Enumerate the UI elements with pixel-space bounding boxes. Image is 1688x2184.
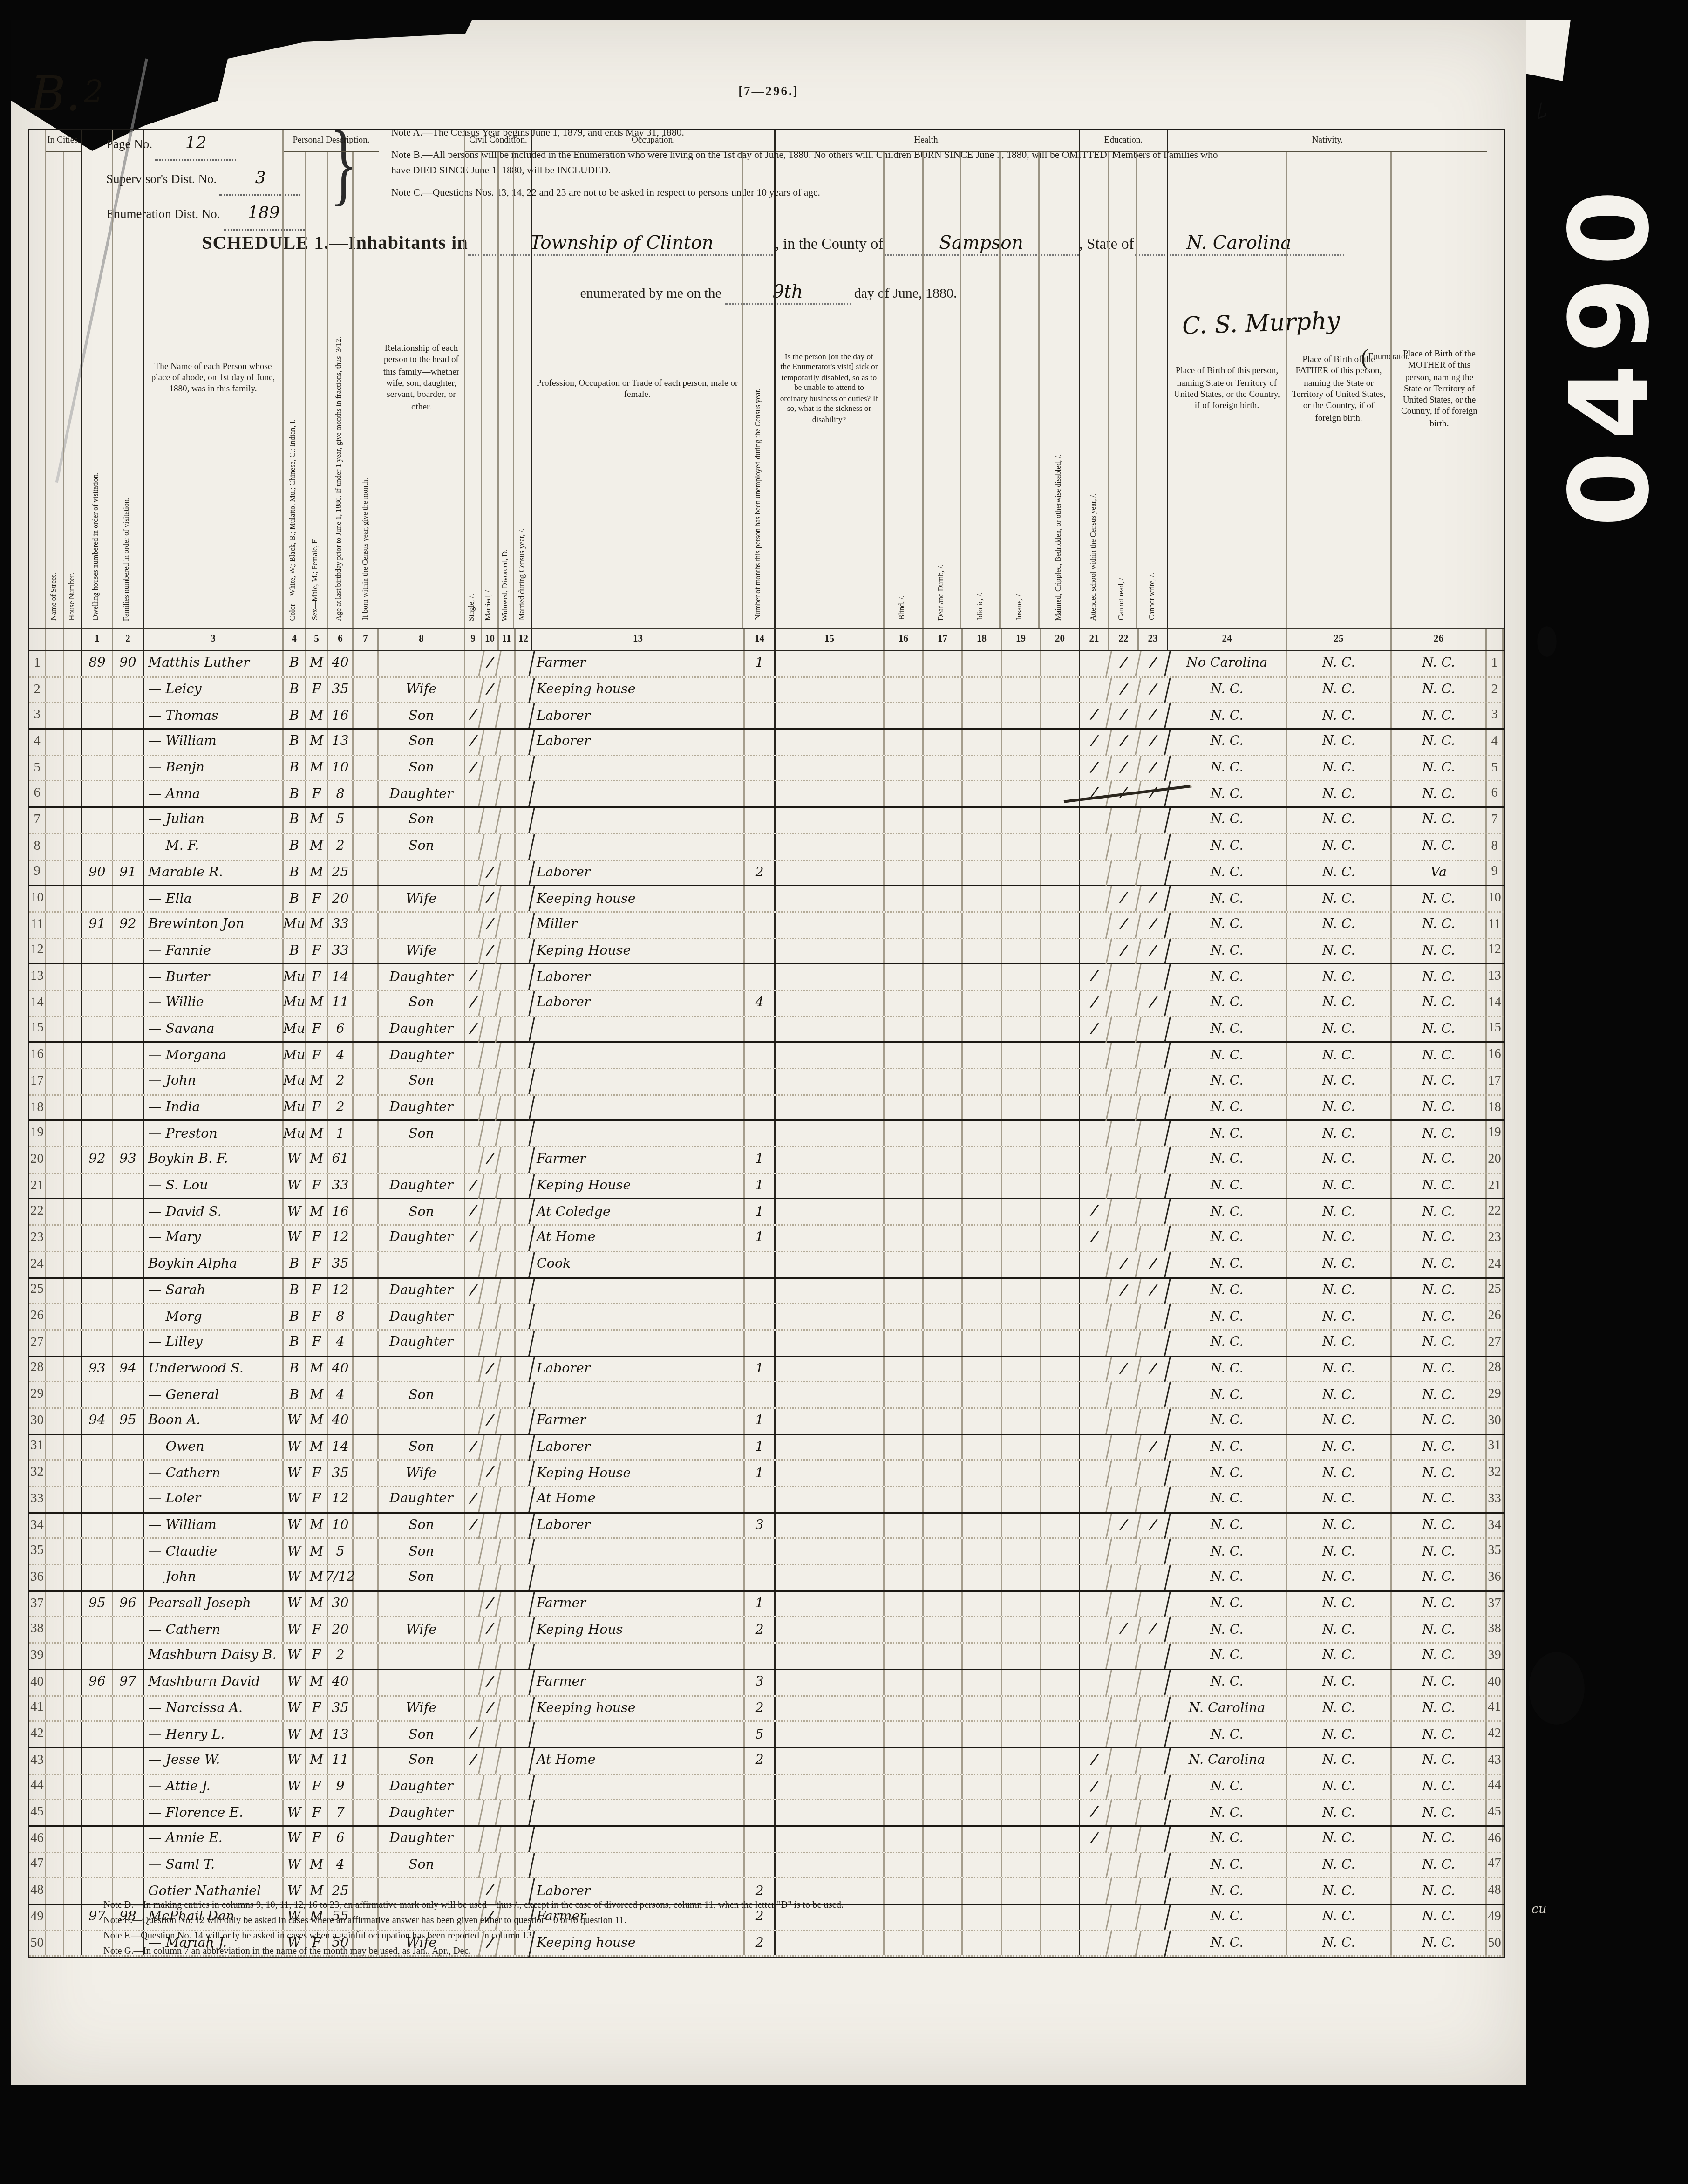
cell-person-name: Boykin B. F. bbox=[144, 1147, 284, 1172]
cell-cannot-write-mark bbox=[1136, 1487, 1171, 1512]
cell-house-number bbox=[64, 703, 82, 728]
cell-sickness bbox=[776, 1357, 885, 1381]
cell-months-unemployed: 1 bbox=[745, 1435, 776, 1460]
cell-maimed bbox=[1041, 1200, 1080, 1224]
cell-birth-month bbox=[354, 1539, 379, 1564]
cell-deaf-dumb bbox=[924, 1487, 963, 1512]
cell-relationship: Son bbox=[379, 1069, 465, 1094]
cell-street-name bbox=[46, 1226, 64, 1250]
cell-age: 7/12 bbox=[328, 1565, 354, 1590]
cell-family-number bbox=[113, 1435, 144, 1460]
cell-dwelling-number bbox=[82, 1043, 113, 1068]
column-number: 25 bbox=[1287, 629, 1392, 650]
cell-married-in-year-mark bbox=[513, 1853, 535, 1877]
cell-sickness bbox=[776, 1801, 885, 1825]
cell-age: 9 bbox=[328, 1774, 354, 1799]
cell-married-in-year-mark bbox=[513, 1827, 535, 1851]
row-number-left: 45 bbox=[29, 1801, 46, 1825]
cell-person-name: — Willie bbox=[144, 991, 284, 1016]
cell-family-number bbox=[113, 1043, 144, 1068]
cell-occupation: Laborer bbox=[532, 1357, 745, 1381]
cell-street-name bbox=[46, 1827, 64, 1851]
cell-street-name bbox=[46, 1147, 64, 1172]
cell-street-name bbox=[46, 651, 64, 676]
cell-cannot-read-mark bbox=[1107, 1147, 1141, 1172]
cell-sickness bbox=[776, 1774, 885, 1799]
cell-occupation: At Home bbox=[532, 1487, 745, 1512]
cell-months-unemployed: 1 bbox=[745, 1147, 776, 1172]
row-number-left: 31 bbox=[29, 1435, 46, 1460]
cell-birth-month bbox=[354, 782, 379, 806]
cell-dwelling-number bbox=[82, 1304, 113, 1329]
cell-maimed bbox=[1041, 808, 1080, 833]
cell-birthplace: N. C. bbox=[1168, 1331, 1287, 1355]
cell-maimed bbox=[1041, 1174, 1080, 1198]
row-number-right: 46 bbox=[1487, 1827, 1504, 1851]
cell-deaf-dumb bbox=[924, 1644, 963, 1668]
cell-age: 40 bbox=[328, 1670, 354, 1694]
cell-blind bbox=[885, 1383, 924, 1407]
cell-maimed bbox=[1041, 1461, 1080, 1486]
cell-father-birthplace: N. C. bbox=[1287, 1591, 1392, 1616]
cell-house-number bbox=[64, 808, 82, 833]
cell-occupation: Laborer bbox=[532, 991, 745, 1016]
cell-father-birthplace: N. C. bbox=[1287, 965, 1392, 990]
column-number: 14 bbox=[745, 629, 776, 650]
cell-insane bbox=[1002, 1722, 1041, 1747]
cell-sickness bbox=[776, 1304, 885, 1329]
cell-age: 4 bbox=[328, 1043, 354, 1068]
cell-cannot-read-mark bbox=[1107, 1461, 1141, 1486]
cell-sex: M bbox=[306, 1200, 328, 1224]
census-row: 12— FannieBF33Wife/Keping House//N. C.N.… bbox=[29, 939, 1504, 965]
row-number-right: 35 bbox=[1487, 1539, 1504, 1564]
cell-birth-month bbox=[354, 1252, 379, 1276]
cell-sickness bbox=[776, 965, 885, 990]
cell-house-number bbox=[64, 1174, 82, 1198]
cell-attended-school-mark bbox=[1077, 1147, 1112, 1172]
cell-father-birthplace: N. C. bbox=[1287, 1278, 1392, 1303]
cell-cannot-write-mark: / bbox=[1136, 1278, 1171, 1303]
row-number-right: 39 bbox=[1487, 1644, 1504, 1668]
cell-married-in-year-mark bbox=[513, 1331, 535, 1355]
cell-deaf-dumb bbox=[924, 1017, 963, 1042]
cell-birthplace: N. Carolina bbox=[1168, 1696, 1287, 1721]
cell-mother-birthplace: Va bbox=[1392, 860, 1487, 885]
column-number: 15 bbox=[776, 629, 885, 650]
cell-birth-month bbox=[354, 1331, 379, 1355]
census-row: 18990Matthis LutherBM40/Farmer1//No Caro… bbox=[29, 651, 1504, 677]
cell-street-name bbox=[46, 1853, 64, 1877]
cell-birth-month bbox=[354, 1644, 379, 1668]
cell-married-in-year-mark bbox=[513, 1644, 535, 1668]
cell-house-number bbox=[64, 1774, 82, 1799]
cell-widowed-mark bbox=[499, 834, 516, 859]
column-number: 13 bbox=[532, 629, 745, 650]
cell-married-in-year-mark bbox=[513, 677, 535, 702]
cell-father-birthplace: N. C. bbox=[1287, 1069, 1392, 1094]
cell-birth-month bbox=[354, 1748, 379, 1773]
cell-sickness bbox=[776, 1827, 885, 1851]
row-number-left: 16 bbox=[29, 1043, 46, 1068]
cell-birthplace: N. C. bbox=[1168, 1357, 1287, 1381]
cell-idiotic bbox=[963, 1591, 1002, 1616]
cell-widowed-mark bbox=[499, 1644, 516, 1668]
cell-mother-birthplace: N. C. bbox=[1392, 1069, 1487, 1094]
cell-birthplace: N. C. bbox=[1168, 1827, 1287, 1851]
row-number-left: 34 bbox=[29, 1513, 46, 1538]
cell-family-number bbox=[113, 1722, 144, 1747]
cell-occupation: Keeping house bbox=[532, 677, 745, 702]
census-row: 10— EllaBF20Wife/Keeping house//N. C.N. … bbox=[29, 887, 1504, 913]
cell-blind bbox=[885, 1121, 924, 1146]
cell-family-number bbox=[113, 1644, 144, 1668]
cell-father-birthplace: N. C. bbox=[1287, 1670, 1392, 1694]
cell-birth-month bbox=[354, 1827, 379, 1851]
cell-sex: F bbox=[306, 1304, 328, 1329]
cell-cannot-write-mark: / bbox=[1136, 939, 1171, 963]
row-number-left: 43 bbox=[29, 1748, 46, 1773]
cell-married-in-year-mark bbox=[513, 1801, 535, 1825]
census-row: 18— IndiaMuF2DaughterN. C.N. C.N. C.18 bbox=[29, 1095, 1504, 1121]
cell-color: W bbox=[284, 1801, 306, 1825]
cell-deaf-dumb bbox=[924, 1435, 963, 1460]
cell-sickness bbox=[776, 1513, 885, 1538]
cell-months-unemployed: 1 bbox=[745, 1226, 776, 1250]
row-number-left: 22 bbox=[29, 1200, 46, 1224]
col-11-header: Widowed, Divorced, D. bbox=[498, 152, 515, 628]
cell-attended-school-mark: / bbox=[1077, 991, 1112, 1016]
cell-occupation bbox=[532, 1539, 745, 1564]
cell-insane bbox=[1002, 1147, 1041, 1172]
cell-blind bbox=[885, 1461, 924, 1486]
cell-street-name bbox=[46, 1801, 64, 1825]
row-number-right: 27 bbox=[1487, 1331, 1504, 1355]
cell-house-number bbox=[64, 1069, 82, 1094]
cell-color: W bbox=[284, 1618, 306, 1642]
cell-cannot-write-mark: / bbox=[1136, 887, 1171, 911]
cell-birthplace: N. C. bbox=[1168, 939, 1287, 963]
cell-months-unemployed bbox=[745, 834, 776, 859]
row-number-left: 13 bbox=[29, 965, 46, 990]
cell-family-number bbox=[113, 677, 144, 702]
cell-maimed bbox=[1041, 965, 1080, 990]
cell-blind bbox=[885, 756, 924, 780]
cell-birthplace: N. C. bbox=[1168, 1304, 1287, 1329]
cell-relationship: Daughter bbox=[379, 782, 465, 806]
cell-birthplace: N. C. bbox=[1168, 1774, 1287, 1799]
cell-dwelling-number bbox=[82, 1696, 113, 1721]
cell-occupation: Laborer bbox=[532, 1435, 745, 1460]
cell-dwelling-number bbox=[82, 887, 113, 911]
cell-street-name bbox=[46, 1748, 64, 1773]
cell-insane bbox=[1002, 1200, 1041, 1224]
row-number-left: 42 bbox=[29, 1722, 46, 1747]
cell-widowed-mark bbox=[499, 1095, 516, 1120]
in-cities-label: In Cities. bbox=[46, 130, 81, 152]
cell-age: 40 bbox=[328, 1409, 354, 1433]
cell-blind bbox=[885, 1722, 924, 1747]
cell-idiotic bbox=[963, 703, 1002, 728]
cell-blind bbox=[885, 1226, 924, 1250]
corner-handwriting-mark: 7 bbox=[1531, 96, 1551, 122]
cell-family-number bbox=[113, 1174, 144, 1198]
cell-married-in-year-mark bbox=[513, 913, 535, 937]
row-number-left: 8 bbox=[29, 834, 46, 859]
cell-deaf-dumb bbox=[924, 1748, 963, 1773]
cell-relationship: Wife bbox=[379, 887, 465, 911]
row-number-right: 1 bbox=[1487, 651, 1504, 676]
cell-occupation bbox=[532, 1853, 745, 1877]
cell-dwelling-number bbox=[82, 1461, 113, 1486]
cell-father-birthplace: N. C. bbox=[1287, 756, 1392, 780]
cell-family-number: 93 bbox=[113, 1147, 144, 1172]
cell-mother-birthplace: N. C. bbox=[1392, 1409, 1487, 1433]
cell-occupation: Farmer bbox=[532, 1670, 745, 1694]
cell-cannot-read-mark bbox=[1107, 1722, 1141, 1747]
row-number-left: 48 bbox=[29, 1879, 46, 1904]
cell-color: B bbox=[284, 834, 306, 859]
cell-house-number bbox=[64, 834, 82, 859]
cell-maimed bbox=[1041, 1226, 1080, 1250]
cell-sex: F bbox=[306, 887, 328, 911]
note-f: Note F.—Question No. 14 will only be ask… bbox=[103, 1929, 1417, 1944]
cell-sickness bbox=[776, 1487, 885, 1512]
cell-attended-school-mark bbox=[1077, 1435, 1112, 1460]
cell-sex: F bbox=[306, 1095, 328, 1120]
cell-age: 2 bbox=[328, 834, 354, 859]
cell-deaf-dumb bbox=[924, 1278, 963, 1303]
cell-street-name bbox=[46, 1487, 64, 1512]
cell-cannot-write-mark: / bbox=[1136, 730, 1171, 754]
cell-birth-month bbox=[354, 1121, 379, 1146]
cell-street-name bbox=[46, 1200, 64, 1224]
cell-relationship: Wife bbox=[379, 939, 465, 963]
cell-birth-month bbox=[354, 860, 379, 885]
row-number-left: 9 bbox=[29, 860, 46, 885]
cell-house-number bbox=[64, 1696, 82, 1721]
census-row: 209293Boykin B. F.WM61/Farmer1N. C.N. C.… bbox=[29, 1147, 1504, 1174]
row-number-left: 11 bbox=[29, 913, 46, 937]
cell-insane bbox=[1002, 1304, 1041, 1329]
cell-relationship: Son bbox=[379, 756, 465, 780]
column-number: 5 bbox=[306, 629, 328, 650]
cell-married-in-year-mark bbox=[513, 1461, 535, 1486]
cell-family-number bbox=[113, 939, 144, 963]
census-sheet: B. 2 [7—296.] Page No. 12 Supervisor's D… bbox=[11, 20, 1526, 2085]
cell-family-number bbox=[113, 703, 144, 728]
cell-street-name bbox=[46, 834, 64, 859]
cell-widowed-mark bbox=[499, 913, 516, 937]
cell-idiotic bbox=[963, 1722, 1002, 1747]
cell-dwelling-number bbox=[82, 1722, 113, 1747]
cell-dwelling-number bbox=[82, 703, 113, 728]
cell-house-number bbox=[64, 1357, 82, 1381]
cell-street-name bbox=[46, 939, 64, 963]
cell-sex: F bbox=[306, 1801, 328, 1825]
cell-street-name bbox=[46, 1591, 64, 1616]
cell-widowed-mark bbox=[499, 1252, 516, 1276]
cell-deaf-dumb bbox=[924, 1513, 963, 1538]
cell-house-number bbox=[64, 1722, 82, 1747]
cell-relationship: Son bbox=[379, 1121, 465, 1146]
census-row: 14— WillieMuM11Son/Laborer4//N. C.N. C.N… bbox=[29, 991, 1504, 1017]
cell-attended-school-mark bbox=[1077, 1461, 1112, 1486]
cell-sickness bbox=[776, 703, 885, 728]
cell-maimed bbox=[1041, 1383, 1080, 1407]
cell-cannot-read-mark bbox=[1107, 1748, 1141, 1773]
cell-maimed bbox=[1041, 1618, 1080, 1642]
cell-attended-school-mark bbox=[1077, 1618, 1112, 1642]
cell-birth-month bbox=[354, 1200, 379, 1224]
census-row: 13— BurterMuF14Daughter/Laborer/N. C.N. … bbox=[29, 965, 1504, 991]
cell-married-in-year-mark bbox=[513, 1435, 535, 1460]
cell-age: 16 bbox=[328, 703, 354, 728]
cell-dwelling-number bbox=[82, 1278, 113, 1303]
cell-dwelling-number bbox=[82, 1435, 113, 1460]
cell-birthplace: N. C. bbox=[1168, 991, 1287, 1016]
cell-months-unemployed bbox=[745, 756, 776, 780]
cell-cannot-read-mark: / bbox=[1107, 939, 1141, 963]
census-row: 31— OwenWM14Son/Laborer1/N. C.N. C.N. C.… bbox=[29, 1435, 1504, 1461]
cell-house-number bbox=[64, 1435, 82, 1460]
cell-age: 13 bbox=[328, 730, 354, 754]
cell-sickness bbox=[776, 1435, 885, 1460]
cell-cannot-read-mark bbox=[1107, 1591, 1141, 1616]
cell-insane bbox=[1002, 1357, 1041, 1381]
col-2-header: Families numbered in order of visitation… bbox=[113, 130, 144, 628]
cell-cannot-read-mark bbox=[1107, 1565, 1141, 1590]
census-row: 42— Henry L.WM13Son/5N. C.N. C.N. C.42 bbox=[29, 1722, 1504, 1748]
cell-deaf-dumb bbox=[924, 677, 963, 702]
row-number-left: 12 bbox=[29, 939, 46, 963]
cell-occupation: Cook bbox=[532, 1252, 745, 1276]
cell-attended-school-mark bbox=[1077, 1357, 1112, 1381]
cell-family-number bbox=[113, 1696, 144, 1721]
cell-street-name bbox=[46, 991, 64, 1016]
cell-birthplace: N. C. bbox=[1168, 1383, 1287, 1407]
cell-relationship: Daughter bbox=[379, 1278, 465, 1303]
cell-birthplace: N. C. bbox=[1168, 860, 1287, 885]
cell-family-number bbox=[113, 1827, 144, 1851]
cell-deaf-dumb bbox=[924, 1591, 963, 1616]
cell-mother-birthplace: N. C. bbox=[1392, 1304, 1487, 1329]
row-number-right: 14 bbox=[1487, 991, 1504, 1016]
cell-mother-birthplace: N. C. bbox=[1392, 730, 1487, 754]
cell-mother-birthplace: N. C. bbox=[1392, 1565, 1487, 1590]
column-number bbox=[64, 629, 82, 650]
cell-married-in-year-mark bbox=[513, 1618, 535, 1642]
cell-sex: F bbox=[306, 1043, 328, 1068]
cell-blind bbox=[885, 1095, 924, 1120]
cell-father-birthplace: N. C. bbox=[1287, 1383, 1392, 1407]
cell-dwelling-number bbox=[82, 756, 113, 780]
cell-cannot-read-mark: / bbox=[1107, 887, 1141, 911]
cell-dwelling-number bbox=[82, 1539, 113, 1564]
cell-relationship: Wife bbox=[379, 677, 465, 702]
cell-married-in-year-mark bbox=[513, 1200, 535, 1224]
cell-age: 33 bbox=[328, 1174, 354, 1198]
cell-family-number: 96 bbox=[113, 1591, 144, 1616]
cell-father-birthplace: N. C. bbox=[1287, 939, 1392, 963]
cell-widowed-mark bbox=[499, 991, 516, 1016]
cell-occupation bbox=[532, 756, 745, 780]
cell-family-number bbox=[113, 1121, 144, 1146]
cell-family-number bbox=[113, 1278, 144, 1303]
cell-months-unemployed bbox=[745, 1252, 776, 1276]
cell-deaf-dumb bbox=[924, 703, 963, 728]
health-label: Health. bbox=[776, 130, 1079, 152]
cell-cannot-write-mark: / bbox=[1136, 703, 1171, 728]
cell-blind bbox=[885, 1513, 924, 1538]
cell-person-name: — Julian bbox=[144, 808, 284, 833]
cell-married-in-year-mark bbox=[513, 1174, 535, 1198]
cell-idiotic bbox=[963, 860, 1002, 885]
cell-birthplace: N. C. bbox=[1168, 730, 1287, 754]
column-number: 2 bbox=[113, 629, 144, 650]
cell-relationship: Son bbox=[379, 1435, 465, 1460]
cell-birthplace: N. C. bbox=[1168, 1252, 1287, 1276]
cell-blind bbox=[885, 1252, 924, 1276]
cell-occupation bbox=[532, 1278, 745, 1303]
cell-idiotic bbox=[963, 887, 1002, 911]
census-row: 27— LilleyBF4DaughterN. C.N. C.N. C.27 bbox=[29, 1331, 1504, 1357]
cell-family-number bbox=[113, 1565, 144, 1590]
cell-insane bbox=[1002, 1121, 1041, 1146]
cell-house-number bbox=[64, 1383, 82, 1407]
cell-cannot-write-mark: / bbox=[1136, 651, 1171, 676]
cell-occupation bbox=[532, 1644, 745, 1668]
cell-widowed-mark bbox=[499, 1304, 516, 1329]
cell-family-number bbox=[113, 1801, 144, 1825]
cell-father-birthplace: N. C. bbox=[1287, 1226, 1392, 1250]
cell-occupation bbox=[532, 1565, 745, 1590]
cell-sickness bbox=[776, 1226, 885, 1250]
cell-attended-school-mark bbox=[1077, 1513, 1112, 1538]
cell-blind bbox=[885, 834, 924, 859]
cell-cannot-write-mark: / bbox=[1136, 1252, 1171, 1276]
cell-sex: M bbox=[306, 703, 328, 728]
cell-cannot-write-mark bbox=[1136, 1827, 1171, 1851]
cell-relationship: Daughter bbox=[379, 1043, 465, 1068]
cell-father-birthplace: N. C. bbox=[1287, 1513, 1392, 1538]
cell-street-name bbox=[46, 1278, 64, 1303]
in-cities-group: In Cities. Name of Street. House Number. bbox=[46, 130, 82, 628]
cell-person-name: — Anna bbox=[144, 782, 284, 806]
cell-idiotic bbox=[963, 808, 1002, 833]
cell-house-number bbox=[64, 677, 82, 702]
cell-maimed bbox=[1041, 1722, 1080, 1747]
cell-attended-school-mark: / bbox=[1077, 1748, 1112, 1773]
cell-months-unemployed bbox=[745, 913, 776, 937]
cell-widowed-mark bbox=[499, 1670, 516, 1694]
cell-person-name: — Narcissa A. bbox=[144, 1696, 284, 1721]
cell-sex: M bbox=[306, 1670, 328, 1694]
cell-birthplace: N. C. bbox=[1168, 1147, 1287, 1172]
cell-occupation bbox=[532, 1121, 745, 1146]
cell-relationship: Son bbox=[379, 1853, 465, 1877]
cell-father-birthplace: N. C. bbox=[1287, 860, 1392, 885]
cell-family-number bbox=[113, 1304, 144, 1329]
cell-relationship: Daughter bbox=[379, 965, 465, 990]
cell-deaf-dumb bbox=[924, 1121, 963, 1146]
cell-sex: F bbox=[306, 1278, 328, 1303]
cell-father-birthplace: N. C. bbox=[1287, 1095, 1392, 1120]
cell-mother-birthplace: N. C. bbox=[1392, 1591, 1487, 1616]
row-number-left: 46 bbox=[29, 1827, 46, 1851]
cell-birth-month bbox=[354, 1722, 379, 1747]
cell-insane bbox=[1002, 834, 1041, 859]
